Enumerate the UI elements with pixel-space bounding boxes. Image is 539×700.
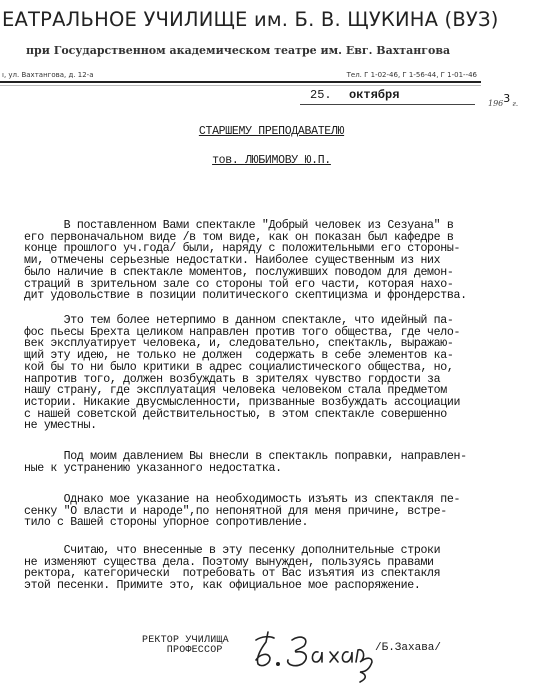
- paragraph-1: В поставленном Вами спектакле "Добрый че…: [24, 220, 514, 302]
- signatory-title: РЕКТОР УЧИЛИЩА ПРОФЕССОР: [142, 636, 229, 655]
- paragraph-3: Под моим давлением Вы внесли в спектакль…: [24, 451, 514, 474]
- date-month: октября: [349, 88, 399, 102]
- date-day: 25.: [310, 88, 332, 102]
- addressee-position: СТАРШЕМУ ПРЕПОДАВАТЕЛЮ: [2, 125, 539, 138]
- handwritten-signature: [248, 628, 378, 688]
- date-year: 1963г.: [488, 92, 518, 108]
- institution-phones: Тел. Г 1-02-46, Г 1-56-44, Г 1-01--46: [347, 71, 477, 79]
- paragraph-5: Считаю, что внесенные в эту песенку допо…: [24, 545, 514, 592]
- date-year-suffix: г.: [512, 100, 518, 108]
- addressee-name: тов. ЛЮБИМОВУ Ю.П.: [2, 154, 539, 167]
- letterhead-rule-thin: [0, 85, 481, 86]
- institution-affiliation: при Государственном академическом театре…: [26, 44, 450, 57]
- institution-name: ЕАТРАЛЬНОЕ УЧИЛИЩЕ им. Б. В. ЩУКИНА (ВУЗ…: [2, 8, 499, 31]
- paragraph-4: Однако мое указание на необходимость изъ…: [24, 494, 514, 529]
- date-year-prefix: 196: [488, 99, 503, 108]
- date-underline: [300, 104, 475, 105]
- letter-date: 25. октября 1963г.: [300, 87, 490, 107]
- signatory-name: /Б.Захава/: [375, 642, 441, 654]
- date-year-digit: 3: [503, 92, 510, 105]
- letterhead-rule: [0, 81, 481, 83]
- institution-address: ı, ул. Вахтангова, д. 12-а: [2, 71, 93, 79]
- paragraph-2: Это тем более нетерпимо в данном спектак…: [24, 315, 514, 432]
